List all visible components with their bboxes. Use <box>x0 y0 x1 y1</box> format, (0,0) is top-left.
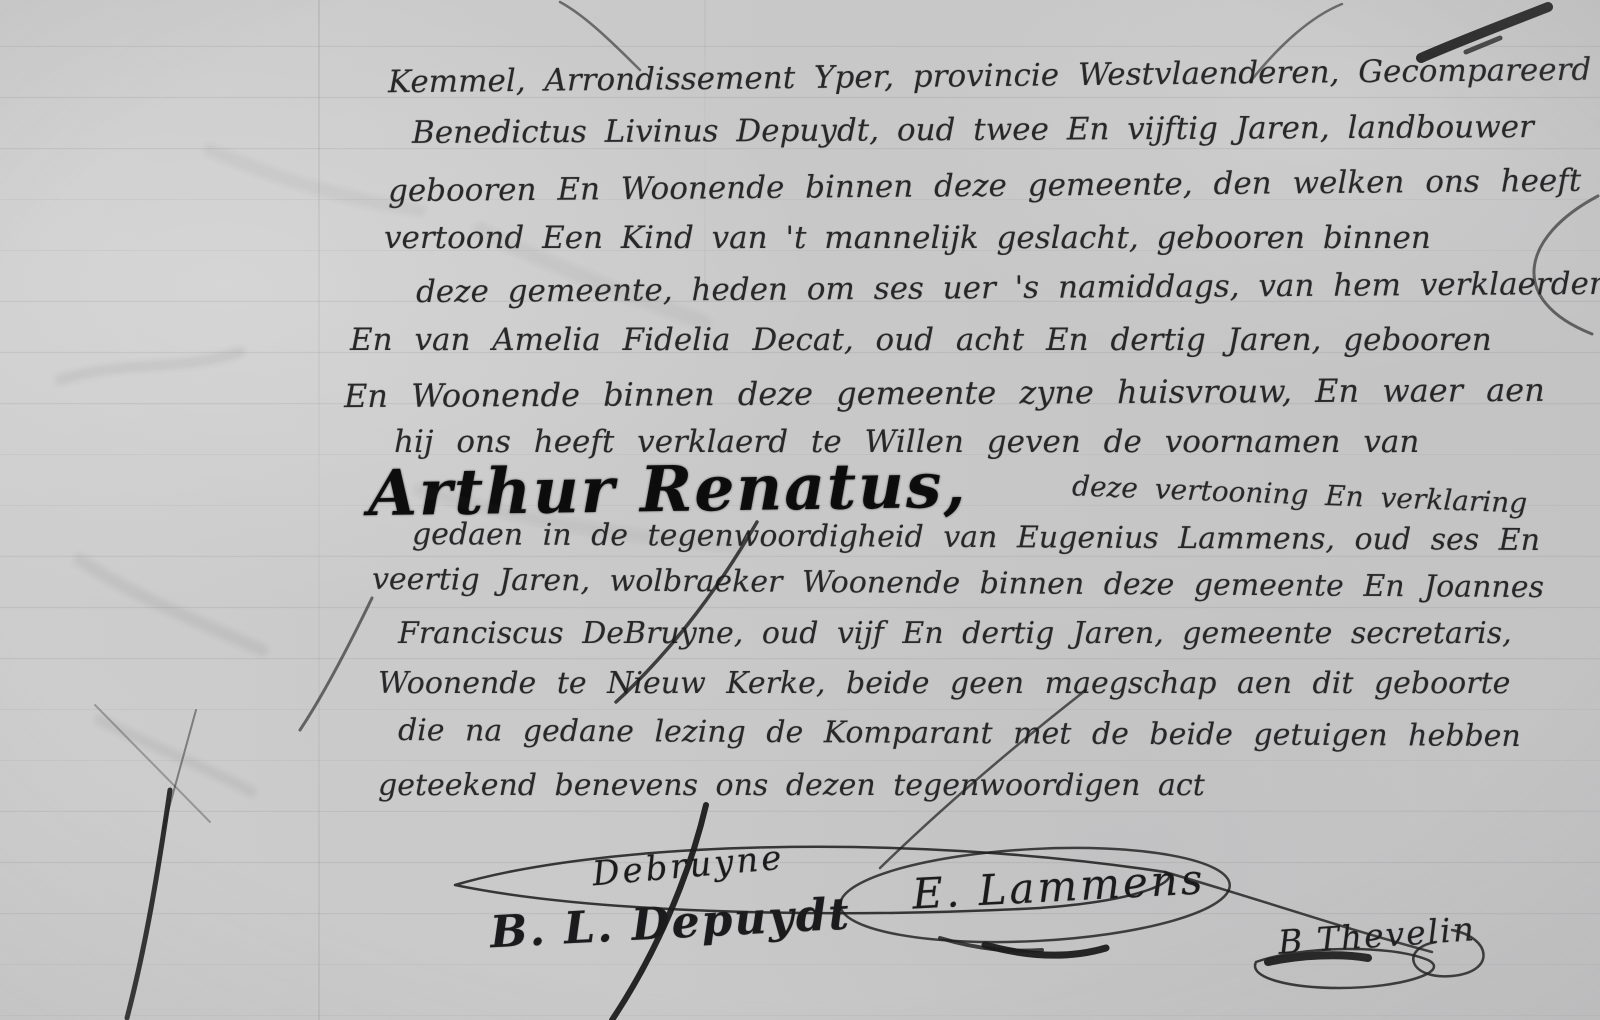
bleed-through-mark <box>60 352 240 380</box>
signature-flourish <box>985 945 1106 955</box>
pen-stroke <box>163 710 196 830</box>
signature-thevelin: B Thevelin <box>1277 909 1477 962</box>
manuscript-line: Franciscus DeBruyne, oud vijf En dertig … <box>398 616 1512 651</box>
manuscript-line: Kemmel, Arrondissement Yper, provincie W… <box>388 52 1592 101</box>
manuscript-line: gebooren En Woonende binnen deze gemeent… <box>388 163 1582 209</box>
manuscript-line: die na gedane lezing de Komparant met de… <box>398 713 1521 754</box>
manuscript-line: veertig Jaren, wolbraeker Woonende binne… <box>372 562 1544 605</box>
signature-depuydt: B. L. Depuydt <box>489 889 852 959</box>
manuscript-line: vertoond Een Kind van 't mannelijk gesla… <box>384 220 1431 256</box>
manuscript-line: gedaen in de tegenwoordigheid van Eugeni… <box>412 517 1540 558</box>
bleed-through-mark <box>80 560 262 650</box>
manuscript-line: deze gemeente, heden om ses uer 's namid… <box>416 266 1600 310</box>
pen-stroke <box>95 705 210 822</box>
pen-stroke <box>300 598 372 730</box>
scanned-register-page: Kemmel, Arrondissement Yper, provincie W… <box>0 0 1600 1020</box>
manuscript-line: deze vertooning En verklaring <box>1072 469 1528 519</box>
signature-lammens: E. Lammens <box>911 854 1207 918</box>
pen-stroke <box>560 2 640 70</box>
pen-stroke <box>1466 38 1500 52</box>
manuscript-line: En Woonende binnen deze gemeente zyne hu… <box>344 371 1545 415</box>
bleed-through-mark <box>100 720 252 792</box>
manuscript-line: Benedictus Livinus Depuydt, oud twee En … <box>412 109 1534 151</box>
manuscript-line: Woonende te Nieuw Kerke, beide geen maeg… <box>378 666 1510 701</box>
manuscript-line: geteekend benevens ons dezen tegenwoordi… <box>378 768 1205 803</box>
manuscript-line: En van Amelia Fidelia Decat, oud acht En… <box>350 322 1492 358</box>
page-crease <box>318 0 320 1020</box>
signature-flourish <box>940 938 1042 951</box>
pen-stroke <box>127 790 170 1018</box>
pen-stroke <box>1421 7 1548 58</box>
signature-debruyne: Debruyne <box>591 838 786 895</box>
